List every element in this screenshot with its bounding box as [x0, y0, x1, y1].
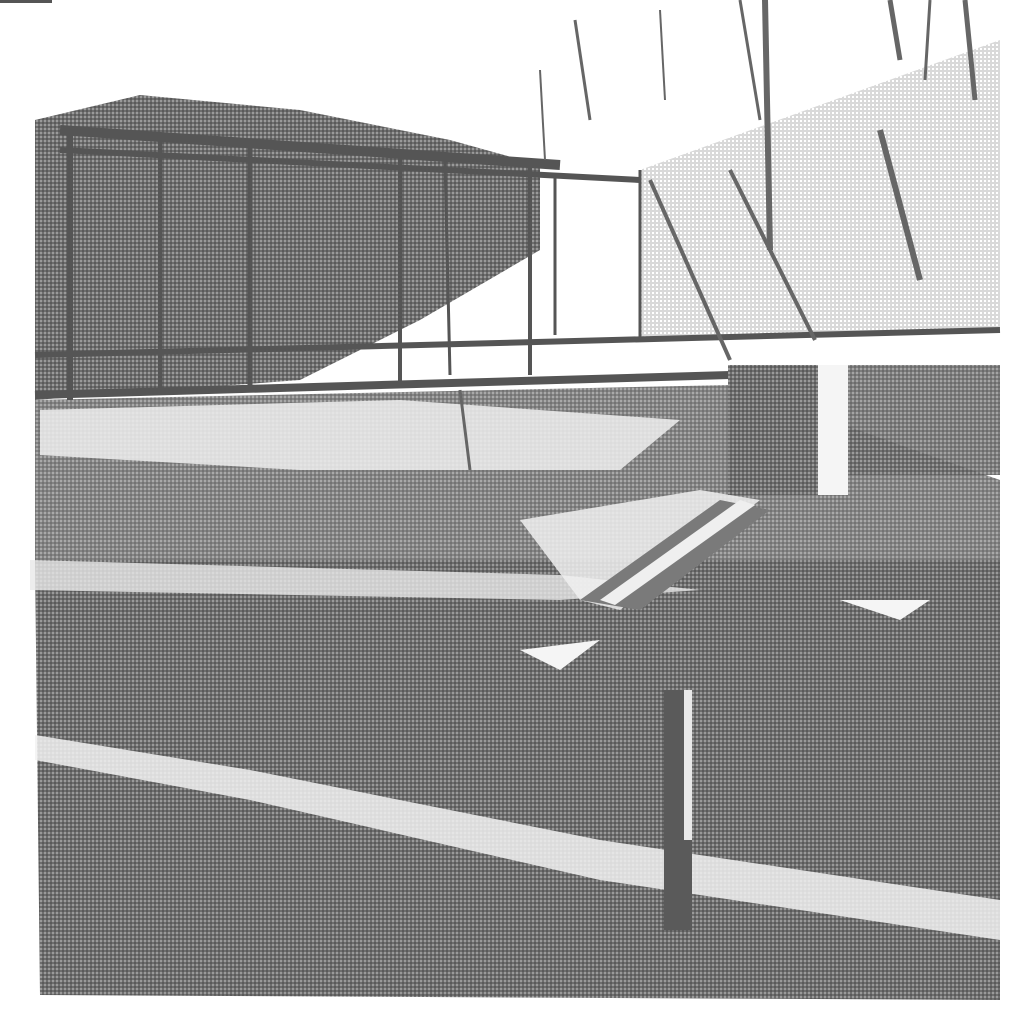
ground	[30, 560, 1000, 1000]
fence-post	[664, 690, 692, 930]
halftone-photograph	[0, 0, 1019, 1036]
hillside	[640, 40, 1000, 340]
